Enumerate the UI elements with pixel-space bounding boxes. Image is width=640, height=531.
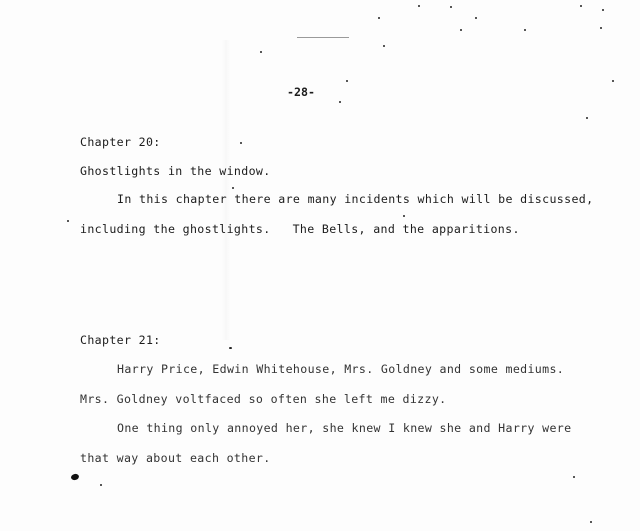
chapter-21-paragraph-line: that way about each other. bbox=[80, 451, 271, 465]
chapter-21-paragraph-line: One thing only annoyed her, she knew I k… bbox=[117, 421, 571, 435]
scan-speck bbox=[339, 101, 341, 103]
scan-speck bbox=[67, 220, 69, 222]
scan-speck bbox=[580, 5, 582, 7]
scan-speck bbox=[100, 484, 102, 486]
scan-speck bbox=[240, 142, 242, 144]
ink-smudge bbox=[297, 37, 349, 38]
typewritten-page: -28- Chapter 20: Ghostlights in the wind… bbox=[0, 0, 640, 531]
scan-speck bbox=[586, 117, 588, 119]
scan-speck bbox=[418, 5, 420, 7]
paper-fold-shadow bbox=[222, 40, 230, 340]
scan-speck bbox=[573, 476, 575, 478]
scan-speck bbox=[450, 6, 452, 8]
chapter-21-heading: Chapter 21: bbox=[80, 333, 161, 347]
scan-speck bbox=[475, 17, 477, 19]
chapter-20-paragraph-line: In this chapter there are many incidents… bbox=[117, 192, 593, 206]
scan-speck bbox=[378, 17, 380, 19]
scan-speck bbox=[612, 80, 614, 82]
scan-speck bbox=[460, 29, 462, 31]
scan-speck bbox=[602, 9, 604, 11]
scan-speck bbox=[590, 521, 592, 523]
page-number: -28- bbox=[287, 85, 315, 99]
scan-speck bbox=[346, 80, 348, 82]
chapter-20-heading: Chapter 20: bbox=[80, 135, 161, 149]
chapter-21-paragraph-line: Mrs. Goldney voltfaced so often she left… bbox=[80, 392, 447, 406]
ink-blot bbox=[70, 473, 79, 481]
scan-speck bbox=[229, 347, 232, 349]
scan-speck bbox=[383, 45, 385, 47]
scan-speck bbox=[232, 187, 234, 189]
scan-speck bbox=[600, 27, 602, 29]
chapter-21-paragraph-line: Harry Price, Edwin Whitehouse, Mrs. Gold… bbox=[117, 362, 564, 376]
scan-speck bbox=[260, 51, 262, 53]
scan-speck bbox=[403, 215, 405, 217]
chapter-20-paragraph-line: including the ghostlights. The Bells, an… bbox=[80, 222, 520, 236]
chapter-20-title: Ghostlights in the window. bbox=[80, 164, 271, 178]
scan-speck bbox=[524, 29, 526, 31]
